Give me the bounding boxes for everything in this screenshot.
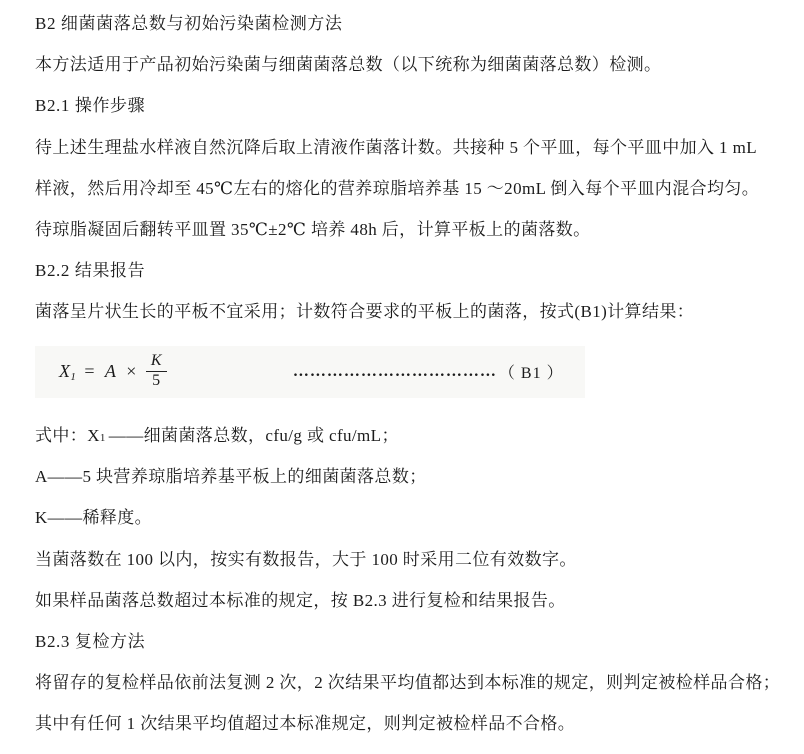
- formula-equation-number: （ B1 ）: [499, 360, 564, 383]
- procedure-paragraph-line-3: 待琼脂凝固后翻转平皿置 35℃±2℃ 培养 48h 后，计算平板上的菌落数。: [35, 207, 774, 248]
- formula-equals-sign: =: [84, 361, 95, 382]
- section-heading-b2-1: B2.1 操作步骤: [35, 83, 774, 124]
- where-clause-suffix: ——细菌菌落总数，cfu/g 或 cfu/mL；: [109, 421, 399, 446]
- formula-multiply-sign: ×: [126, 361, 137, 382]
- recheck-paragraph-line-1: 将留存的复检样品依前法复测 2 次，2 次结果平均值都达到本标准的规定，则判定被…: [35, 660, 774, 701]
- formula-denominator: 5: [152, 372, 160, 390]
- procedure-paragraph-line-2: 样液，然后用冷却至 45℃左右的熔化的营养琼脂培养基 15 ～20mL 倒入每个…: [35, 166, 774, 207]
- report-rule-line-2: 如果样品菌落总数超过本标准的规定，按 B2.3 进行复检和结果报告。: [35, 578, 774, 619]
- term-k-definition: K——稀释度。: [35, 495, 774, 536]
- formula-subscript: 1: [70, 371, 76, 383]
- formula-variable: X: [59, 361, 70, 382]
- procedure-paragraph-line-1: 待上述生理盐水样液自然沉降后取上清液作菌落计数。共接种 5 个平皿，每个平皿中加…: [35, 125, 774, 166]
- where-clause-subscript: 1: [100, 432, 106, 444]
- section-heading-b2-3: B2.3 复检方法: [35, 619, 774, 660]
- recheck-paragraph-line-2: 其中有任何 1 次结果平均值超过本标准规定，则判定被检样品不合格。: [35, 701, 774, 742]
- section-heading-b2: B2 细菌菌落总数与初始污染菌检测方法: [35, 1, 774, 42]
- document-page: B2 细菌菌落总数与初始污染菌检测方法 本方法适用于产品初始污染菌与细菌菌落总数…: [0, 0, 804, 754]
- result-rule-paragraph: 菌落呈片状生长的平板不宜采用；计数符合要求的平板上的菌落，按式(B1)计算结果：: [35, 289, 774, 330]
- formula-numerator: K: [146, 353, 167, 372]
- where-clause: 式中：X1——细菌菌落总数，cfu/g 或 cfu/mL；: [35, 413, 774, 454]
- term-a-definition: A——5 块营养琼脂培养基平板上的细菌菌落总数；: [35, 454, 774, 495]
- formula-leader-dots: ………………………………: [293, 363, 497, 381]
- formula-b1-image: X1 = A × K 5 ……………………………… （ B1 ）: [35, 346, 585, 398]
- formula-b1-row: X1 = A × K 5 ……………………………… （ B1 ）: [35, 331, 774, 413]
- section-heading-b2-2: B2.2 结果报告: [35, 248, 774, 289]
- where-clause-prefix: 式中：X: [35, 421, 100, 446]
- formula-coefficient: A: [105, 361, 116, 382]
- formula-fraction: K 5: [146, 353, 167, 390]
- report-rule-line-1: 当菌落数在 100 以内，按实有数报告，大于 100 时采用二位有效数字。: [35, 536, 774, 577]
- intro-paragraph: 本方法适用于产品初始污染菌与细菌菌落总数（以下统称为细菌菌落总数）检测。: [35, 42, 774, 83]
